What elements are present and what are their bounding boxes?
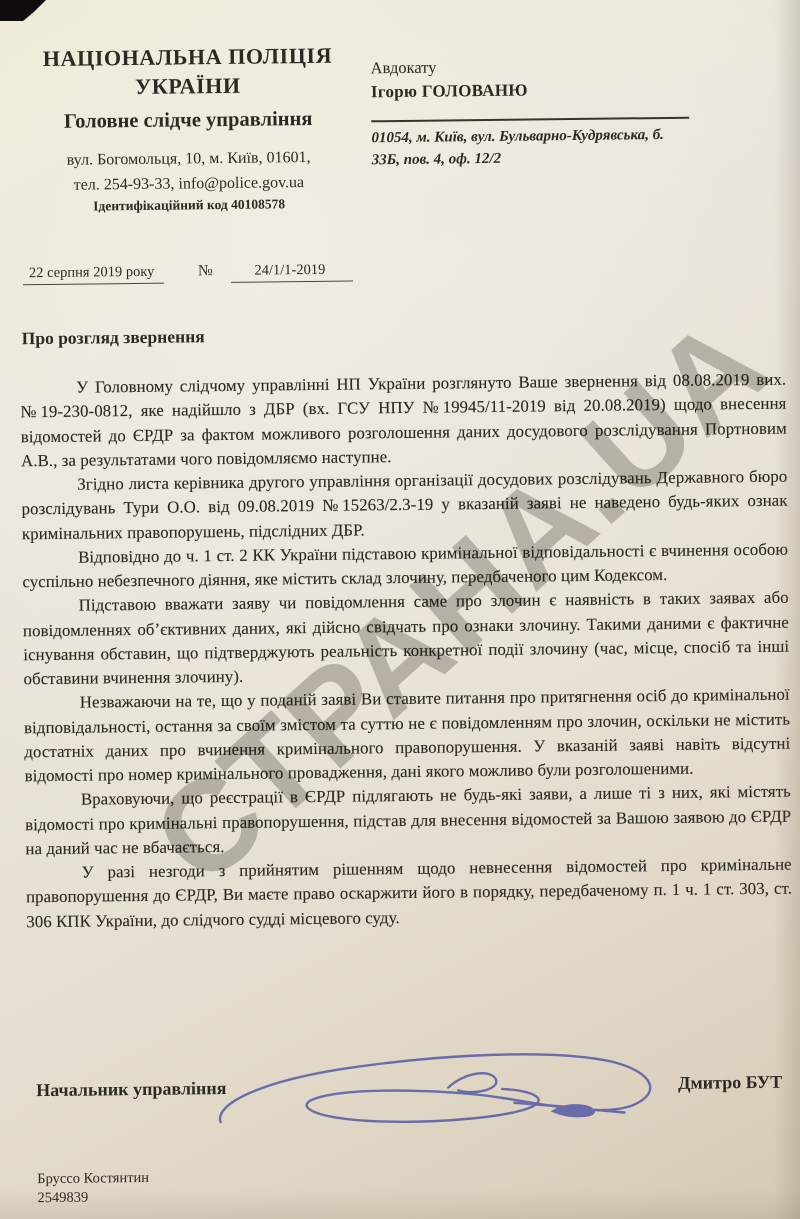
signatory-name: Дмитро БУТ — [678, 1072, 782, 1094]
org-id-code: Ідентифікаційний код 40108578 — [14, 195, 364, 215]
paragraph-5: Незважаючи на те, що у поданій заяві Ви … — [24, 683, 791, 789]
recipient-address: 01054, м. Київ, вул. Бульварно-Кудрявськ… — [371, 124, 693, 172]
org-name-line2: УКРАЇНИ — [13, 69, 363, 102]
paragraph-2: Згідно листа керівника другого управлінн… — [21, 465, 788, 546]
org-name-line1: НАЦІОНАЛЬНА ПОЛІЦІЯ — [12, 40, 362, 73]
number-sign: № — [198, 262, 213, 279]
reference-row: 22 серпня 2019 року № 24/1/1-2019 — [23, 261, 354, 283]
subject-line: Про розгляд звернення — [22, 326, 205, 349]
document-date: 22 серпня 2019 року — [23, 264, 165, 286]
document-number: 24/1/1-2019 — [230, 262, 353, 283]
paragraph-7: У разі незгоди з прийнятим рішенням щодо… — [26, 853, 793, 934]
scan-edge-shadow-bottom — [0, 1189, 800, 1219]
signatory-position: Начальник управління — [36, 1078, 226, 1101]
paragraph-6: Враховуючи, що реєстрації в ЄРДР підляга… — [25, 780, 792, 861]
recipient-divider-line — [371, 117, 689, 123]
org-department: Головне слідче управління — [13, 107, 363, 134]
executor-name: Бруссо Костянтин — [37, 1169, 149, 1189]
signature-row: Начальник управління Дмитро БУТ — [36, 1072, 782, 1101]
letterhead-org-block: НАЦІОНАЛЬНА ПОЛІЦІЯ УКРАЇНИ Головне слід… — [12, 40, 364, 215]
recipient-name: Ігорю ГОЛОВАНЮ — [371, 77, 703, 105]
document-content: НАЦІОНАЛЬНА ПОЛІЦІЯ УКРАЇНИ Головне слід… — [0, 0, 800, 1219]
letter-body: У Головному слідчому управлінні НП Украї… — [20, 368, 792, 934]
paragraph-1: У Головному слідчому управлінні НП Украї… — [20, 368, 787, 474]
scanned-letter-page: НАЦІОНАЛЬНА ПОЛІЦІЯ УКРАЇНИ Головне слід… — [0, 0, 800, 1219]
org-address: вул. Богомольця, 10, м. Київ, 01601, — [14, 146, 364, 172]
recipient-block: Авдокату Ігорю ГОЛОВАНЮ 01054, м. Київ, … — [370, 53, 703, 172]
signature-ink — [196, 1043, 667, 1163]
org-contacts: тел. 254-93-33, info@police.gov.ua — [14, 171, 364, 197]
paragraph-4: Підставою вважати заяву чи повідомлення … — [23, 586, 790, 692]
paragraph-3: Відповідно до ч. 1 ст. 2 КК України підс… — [22, 537, 789, 594]
scan-edge-shadow-right — [774, 0, 800, 1219]
